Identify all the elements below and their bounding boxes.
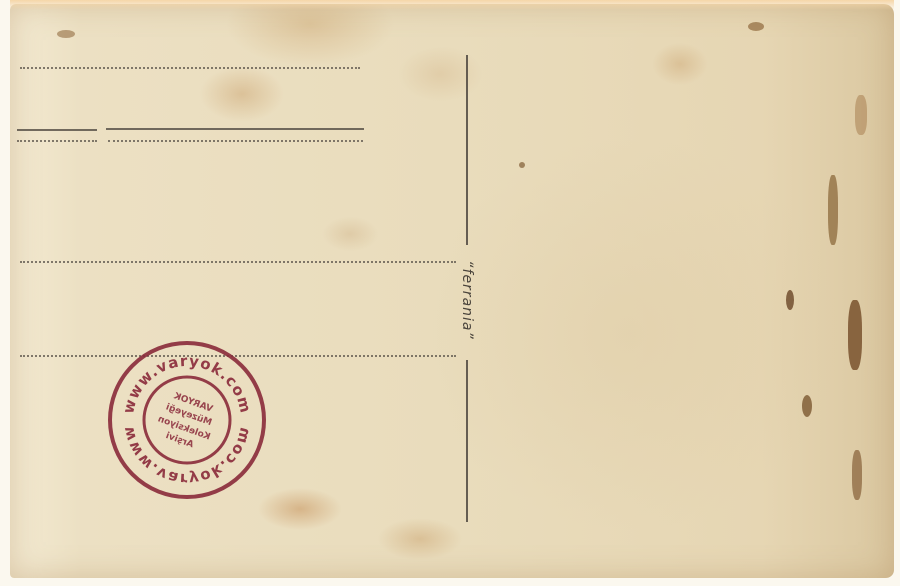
address-line-1 <box>20 67 360 69</box>
address-line-2-dotted <box>17 140 97 142</box>
stamp-inner-ring <box>144 377 230 463</box>
address-line-3 <box>20 261 456 263</box>
address-line-2-solid <box>17 129 97 131</box>
divider-line-top <box>466 55 468 245</box>
address-line-2-solid <box>106 128 364 130</box>
collection-stamp: www.varyok.com www.varyok.com VARYOK Müz… <box>105 338 269 502</box>
stain <box>802 395 812 417</box>
stain <box>57 30 75 38</box>
divider-line-bottom <box>466 360 468 522</box>
stain <box>848 300 862 370</box>
stain <box>786 290 794 310</box>
card-top-edge <box>10 0 894 10</box>
brand-imprint: “ferrania” <box>459 260 475 339</box>
stain <box>852 450 862 500</box>
stain <box>748 22 764 31</box>
stain <box>519 162 525 168</box>
stain <box>828 175 838 245</box>
stain <box>855 95 867 135</box>
address-line-2-dotted <box>108 140 363 142</box>
